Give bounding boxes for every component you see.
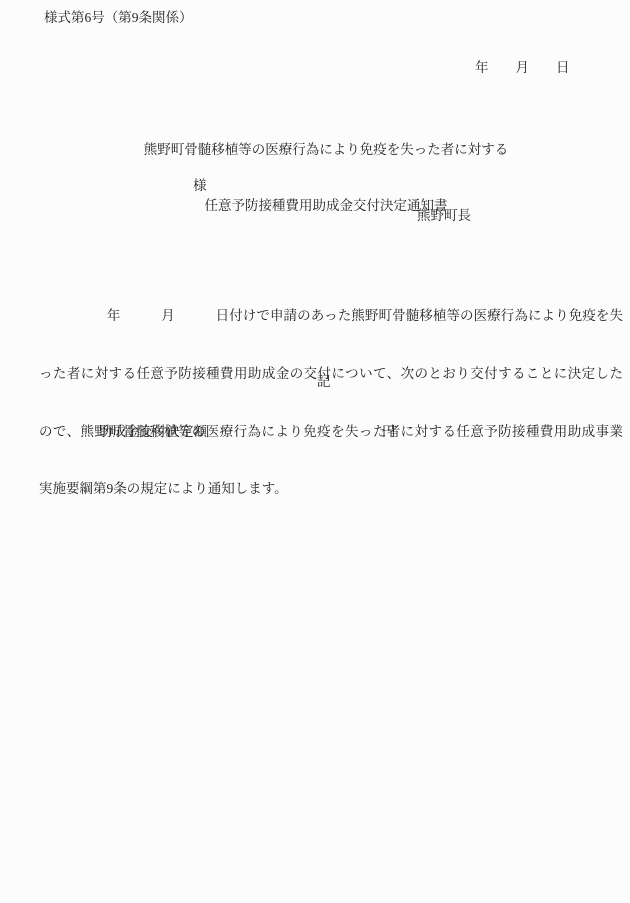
document-title-line1: 熊野町骨髄移植等の医療行為により免疫を失った者に対する xyxy=(21,141,630,160)
document-title: 熊野町骨髄移植等の医療行為により免疫を失った者に対する 任意予防接種費用助成金交… xyxy=(21,104,630,252)
body-paragraph: 年 月 日付けで申請のあった熊野町骨髄移植等の医療行為により免疫を失 った者に対… xyxy=(39,268,623,537)
document-title-line2: 任意予防接種費用助成金交付決定通知書 xyxy=(21,197,630,216)
record-marker: 記 xyxy=(317,372,331,391)
form-number: 様式第6号（第9条関係） xyxy=(44,8,193,27)
body-line-4: 実施要綱第9条の規定により通知します。 xyxy=(39,479,623,498)
issue-date-line: 年 月 日 xyxy=(475,58,570,77)
yen-unit-label: 円 xyxy=(382,422,396,441)
body-line-2: った者に対する任意予防接種費用助成金の交付について、次のとおり交付することに決定… xyxy=(39,364,623,383)
document-page: 様式第6号（第9条関係） 年 月 日 熊野町骨髄移植等の医療行為により免疫を失っ… xyxy=(0,0,630,903)
grant-amount-label: 助成金交付決定額 xyxy=(99,422,207,441)
sender-title: 熊野町長 xyxy=(417,206,471,225)
addressee-suffix: 様 xyxy=(193,176,207,195)
body-line-1: 年 月 日付けで申請のあった熊野町骨髄移植等の医療行為により免疫を失 xyxy=(39,306,623,325)
